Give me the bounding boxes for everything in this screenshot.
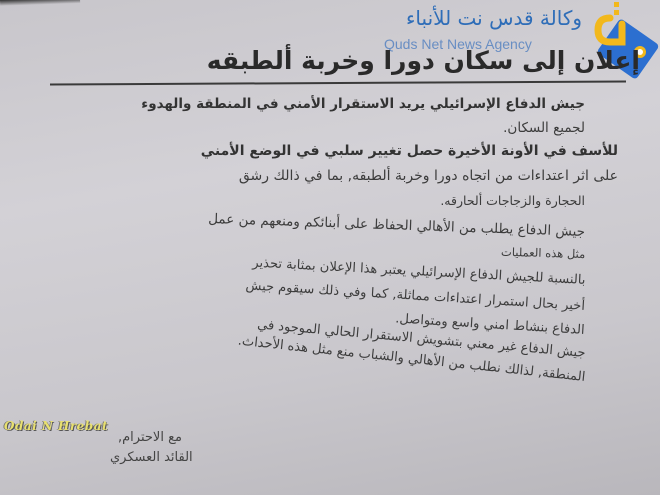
signature-line: القائد العسكري (110, 450, 193, 465)
photographer-watermark: Odai N Hrebat (4, 419, 108, 433)
body-line: مثل هذه العمليات (501, 245, 586, 261)
headline-underline (50, 80, 626, 85)
body-line: للأسف في الأونة الأخيرة حصل تغيير سلبي ف… (201, 143, 618, 159)
closing-line: مع الاحترام, (118, 430, 182, 445)
body-line: على اثر اعتداءات من اتجاه دورا وخربة ألط… (239, 168, 618, 184)
leaflet-paper: وكالة قدس نت للأنباء Quds Net News Agenc… (0, 0, 660, 495)
leaflet-headline: إعلان إلى سكان دورا وخربة ألطبقه (207, 46, 640, 75)
body-line: جيش الدفاع يطلب من الأهالي الحفاظ على أب… (208, 211, 585, 240)
body-line: جيش الدفاع الإسرائيلي يريد الاستقرار الأ… (141, 96, 585, 112)
body-line: الحجارة والزجاجات ألحارقه. (440, 193, 585, 208)
agency-name-arabic: وكالة قدس نت للأنباء (406, 6, 582, 30)
body-line: لجميع السكان. (503, 120, 585, 136)
